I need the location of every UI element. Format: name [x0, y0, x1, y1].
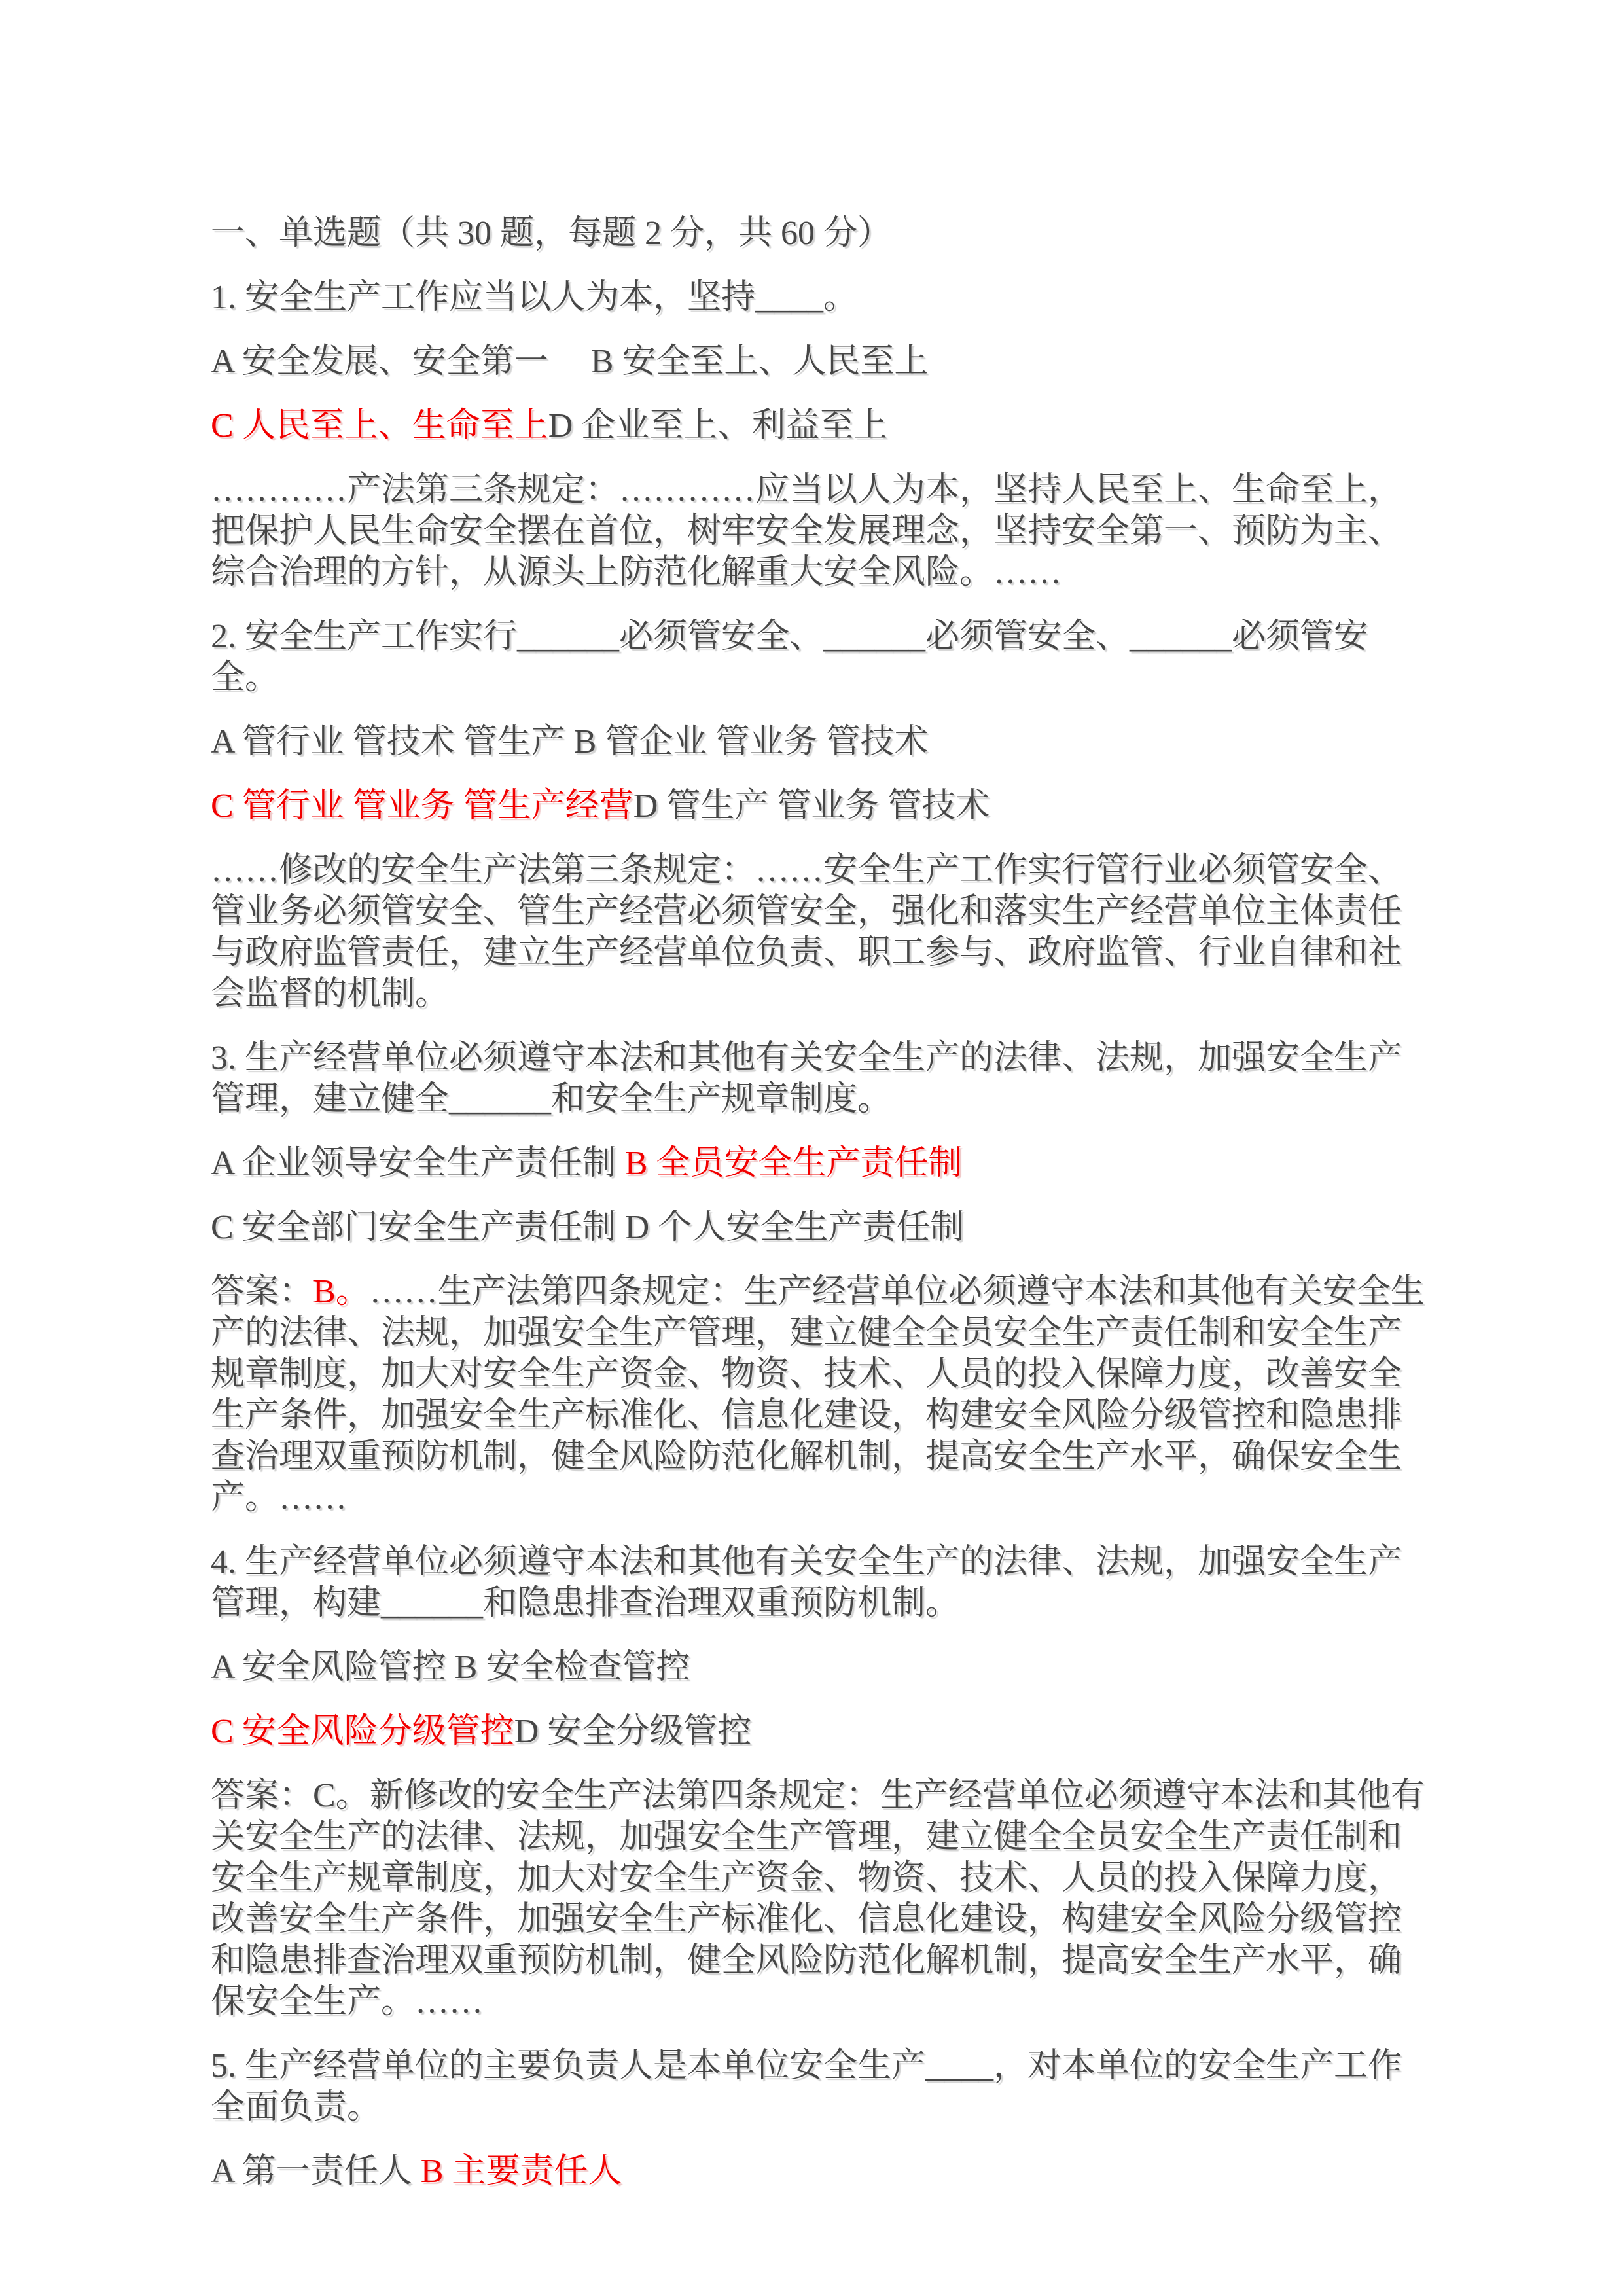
answer-3-seg-2: ……生产法第四条规定：生产经营单位必须遵守本法和其他有关安全生产的法律、法规，加… [211, 1273, 1425, 1516]
answer-4: 答案：C。新修改的安全生产法第四条规定：生产经营单位必须遵守本法和其他有关安全生… [211, 1775, 1428, 2022]
question-3: 3. 生产经营单位必须遵守本法和其他有关安全生产的法律、法规，加强安全生产管理，… [211, 1037, 1428, 1120]
options-4-ab-seg-0: A 安全风险管控 B 安全检查管控 [211, 1649, 690, 1686]
section-heading: 一、单选题（共 30 题，每题 2 分，共 60 分） [211, 213, 1428, 254]
options-1-ab: A 安全发展、安全第一 B 安全至上、人民至上 [211, 341, 1428, 382]
options-1-cd: C 人民至上、生命至上D 企业至上、利益至上 [211, 405, 1428, 446]
question-1-seg-0: 1. 安全生产工作应当以人为本，坚持____。 [211, 279, 857, 316]
question-2-seg-0: 2. 安全生产工作实行______必须管安全、______必须管安全、_____… [211, 618, 1368, 696]
answer-4-seg-0: 答案：C。新修改的安全生产法第四条规定：生产经营单位必须遵守本法和其他有关安全生… [211, 1777, 1425, 2020]
question-2: 2. 安全生产工作实行______必须管安全、______必须管安全、_____… [211, 616, 1428, 698]
explanation-2: ……修改的安全生产法第三条规定：……安全生产工作实行管行业必须管安全、管业务必须… [211, 850, 1428, 1014]
options-1-ab-seg-0: A 安全发展、安全第一 B 安全至上、人民至上 [211, 343, 928, 380]
options-2-cd: C 管行业 管业务 管生产经营D 管生产 管业务 管技术 [211, 785, 1428, 827]
question-5: 5. 生产经营单位的主要负责人是本单位安全生产____，对本单位的安全生产工作全… [211, 2045, 1428, 2128]
options-4-ab: A 安全风险管控 B 安全检查管控 [211, 1647, 1428, 1688]
question-5-seg-0: 5. 生产经营单位的主要负责人是本单位安全生产____，对本单位的安全生产工作全… [211, 2047, 1402, 2126]
options-4-cd-seg-0: C 安全风险分级管控 [211, 1713, 514, 1750]
options-2-ab: A 管行业 管技术 管生产 B 管企业 管业务 管技术 [211, 721, 1428, 762]
options-2-cd-seg-1: D 管生产 管业务 管技术 [633, 787, 990, 825]
answer-3: 答案：B。……生产法第四条规定：生产经营单位必须遵守本法和其他有关安全生产的法律… [211, 1271, 1428, 1518]
section-heading-seg-0: 一、单选题（共 30 题，每题 2 分，共 60 分） [211, 215, 891, 252]
explanation-2-seg-0: ……修改的安全生产法第三条规定：……安全生产工作实行管行业必须管安全、管业务必须… [211, 852, 1402, 1013]
options-3-ab-seg-0: A 企业领导安全生产责任制 [211, 1145, 625, 1182]
options-2-cd-seg-0: C 管行业 管业务 管生产经营 [211, 787, 633, 825]
question-1: 1. 安全生产工作应当以人为本，坚持____。 [211, 277, 1428, 318]
options-4-cd: C 安全风险分级管控D 安全分级管控 [211, 1711, 1428, 1752]
explanation-1: …………产法第三条规定：…………应当以人为本，坚持人民至上、生命至上，把保护人民… [211, 469, 1428, 593]
options-3-cd: C 安全部门安全生产责任制 D 个人安全生产责任制 [211, 1207, 1428, 1248]
answer-3-seg-1: B。 [313, 1273, 370, 1310]
options-3-cd-seg-0: C 安全部门安全生产责任制 D 个人安全生产责任制 [211, 1209, 964, 1246]
question-4-seg-0: 4. 生产经营单位必须遵守本法和其他有关安全生产的法律、法规，加强安全生产管理，… [211, 1543, 1402, 1622]
answer-3-seg-0: 答案： [211, 1273, 313, 1310]
options-3-ab: A 企业领导安全生产责任制 B 全员安全生产责任制 [211, 1143, 1428, 1184]
exam-document-page: 一、单选题（共 30 题，每题 2 分，共 60 分）1. 安全生产工作应当以人… [0, 0, 1623, 2296]
question-4: 4. 生产经营单位必须遵守本法和其他有关安全生产的法律、法规，加强安全生产管理，… [211, 1541, 1428, 1624]
options-5-ab: A 第一责任人 B 主要责任人 [211, 2151, 1428, 2192]
options-2-ab-seg-0: A 管行业 管技术 管生产 B 管企业 管业务 管技术 [211, 723, 928, 761]
document-body: 一、单选题（共 30 题，每题 2 分，共 60 分）1. 安全生产工作应当以人… [211, 213, 1428, 2192]
options-5-ab-seg-0: A 第一责任人 [211, 2153, 421, 2190]
options-1-cd-seg-1: D 企业至上、利益至上 [548, 407, 888, 444]
question-3-seg-0: 3. 生产经营单位必须遵守本法和其他有关安全生产的法律、法规，加强安全生产管理，… [211, 1039, 1402, 1118]
options-4-cd-seg-1: D 安全分级管控 [514, 1713, 752, 1750]
options-1-cd-seg-0: C 人民至上、生命至上 [211, 407, 548, 444]
options-3-ab-seg-1: B 全员安全生产责任制 [625, 1145, 963, 1182]
options-5-ab-seg-1: B 主要责任人 [421, 2153, 622, 2190]
explanation-1-seg-0: …………产法第三条规定：…………应当以人为本，坚持人民至上、生命至上，把保护人民… [211, 471, 1402, 591]
